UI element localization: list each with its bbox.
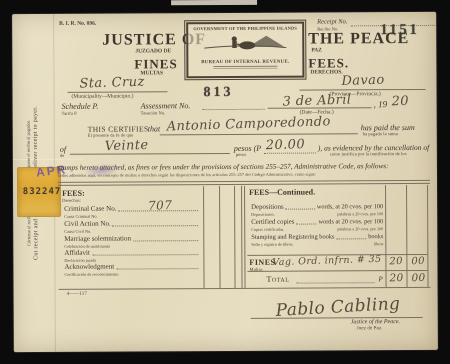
fee-row-certified-copies: Certified copieswords at 20 cvos. per 10… xyxy=(251,218,383,231)
fee-row-acknowledgment: Acknowledgment Certificación de reconoci… xyxy=(64,262,200,276)
amount-figures: 20.00 xyxy=(266,137,306,153)
fee-row-label: Acknowledgment xyxy=(64,263,114,271)
fines-centavos: 00 xyxy=(411,256,425,267)
year-written: 20 xyxy=(391,94,409,110)
dotted-leader xyxy=(337,238,367,239)
title-paz: PAZ xyxy=(311,47,322,53)
schedule-label-es: Tarifa P. xyxy=(62,111,78,116)
title-the-peace: THE PEACE xyxy=(308,30,409,49)
stamp-serial-number: 832247 xyxy=(15,187,69,197)
bir-seal: GOVERNMENT OF THE PHILIPPINE ISLANDS BUR… xyxy=(186,22,304,79)
fee-row-label-es: Copias certificadas. xyxy=(251,226,284,231)
dotted-leader xyxy=(113,225,199,226)
fee-row-label-es: Causa Criminal No. xyxy=(64,213,97,218)
fee-row-label: Stamping and Registering books xyxy=(251,233,334,240)
assessment-label-es: Tasación No. xyxy=(141,110,166,115)
seal-bottom-text: BUREAU OF INTERNAL REVENUE. xyxy=(188,60,302,66)
fee-row-stamping-books: Stamping and Registering booksbooks Sell… xyxy=(251,233,383,246)
total-pesos: 20 xyxy=(389,272,404,284)
fee-row-unit-es: libros xyxy=(374,241,384,246)
fee-row-unit-es: palabras a 20 cvos. por 100 xyxy=(337,226,383,231)
fee-row-marriage: Marriage solemnization Celebración de ma… xyxy=(64,234,200,248)
fees-header-es: Derechos: xyxy=(62,198,81,203)
dotted-leader xyxy=(116,268,198,269)
fee-row-label: Depositions xyxy=(251,204,284,211)
dotted-leader xyxy=(133,240,198,241)
fee-row-unit: books xyxy=(368,233,383,240)
province-value: Davao xyxy=(341,73,385,89)
schedule-label: Schedule P. xyxy=(62,102,99,111)
receipt-document: Cut receipt and stamps together. Deliver… xyxy=(0,0,450,364)
amount-words: Veinte xyxy=(105,138,149,154)
certifies-that: that xyxy=(148,124,161,133)
seal-illustration xyxy=(190,31,300,56)
of-label-es: de xyxy=(60,153,64,158)
fee-row-label: Civil Action No. xyxy=(64,220,111,228)
stamped-case-number: 813 xyxy=(203,85,233,101)
scan-artifact xyxy=(171,0,257,5)
fee-row-label-es: Causa Civil No. xyxy=(64,228,91,233)
fee-row-affidavit: Affidavit Declaración jurada xyxy=(64,248,200,262)
fee-row-label-es: Certificación de reconocimiento xyxy=(64,271,118,276)
certifies-label-es: El presente da fe de que xyxy=(88,132,134,137)
fee-row-unit: words at 20 cvos. per 100 xyxy=(318,218,383,225)
criminal-case-number: 707 xyxy=(148,198,173,213)
fee-row-label-es: Deposiciones. xyxy=(251,211,275,216)
fee-row-label: Criminal Case No. xyxy=(64,205,116,213)
municipality-value: Sta. Cruz xyxy=(79,75,145,92)
print-code: 4——117 xyxy=(67,292,87,297)
fee-row-label-es: Sello y registro de libros. xyxy=(251,241,293,246)
dotted-leader xyxy=(92,254,198,256)
receipt-no-label: Receipt No. xyxy=(317,18,347,25)
fee-row-unit: words, at 20 cvos. per 100 xyxy=(317,203,383,210)
title-juzgado-de: JUZGADO DE xyxy=(135,48,171,54)
fee-row-label: Marriage solemnization xyxy=(64,234,131,242)
fee-row-civil-action: Civil Action No. Causa Civil No. xyxy=(64,219,200,233)
total-label: Total xyxy=(266,275,289,284)
fee-row-label-es: Declaración jurada xyxy=(64,257,96,262)
has-paid-label-es: ha pagado la suma xyxy=(363,131,398,136)
dotted-leader xyxy=(296,224,316,225)
title-derechos: DERECHOS. xyxy=(310,69,342,75)
fee-row-label-es: Celebración de matrimonio xyxy=(64,243,110,248)
signature-title-es: Juez de Paz. xyxy=(357,326,383,331)
fee-row-label: Affidavit xyxy=(64,249,90,257)
seal-fine-print xyxy=(213,66,277,69)
signature-title: Justice of the Peace. xyxy=(351,319,400,325)
form-number: B. I. R. No. 896. xyxy=(59,21,96,27)
fee-row-label: Certified copies xyxy=(251,219,294,226)
currency-symbol: P xyxy=(378,275,382,283)
year-printed: , 19 xyxy=(374,99,388,109)
fees-continued-header: FEES—Continued. xyxy=(249,188,315,197)
fines-pesos: 20 xyxy=(389,256,403,267)
dotted-leader xyxy=(286,209,315,210)
total-centavos: 00 xyxy=(411,272,426,284)
pesos-label-es: pesos xyxy=(236,152,247,157)
evidence-label-es: como justifica por la inutilización de l… xyxy=(330,151,407,156)
assessment-label: Assessment No. xyxy=(141,101,191,110)
municipality-label: (Municipality—Municipio.) xyxy=(72,93,134,99)
fee-row-depositions: Depositionswords, at 20 cvos. per 100 De… xyxy=(251,203,383,216)
fees-header: FEES: xyxy=(62,189,85,198)
fee-row-criminal-case: Criminal Case No. Causa Criminal No. xyxy=(64,204,200,218)
fee-row-unit-es: palabras a 20 cvos. por 100 xyxy=(337,211,383,216)
